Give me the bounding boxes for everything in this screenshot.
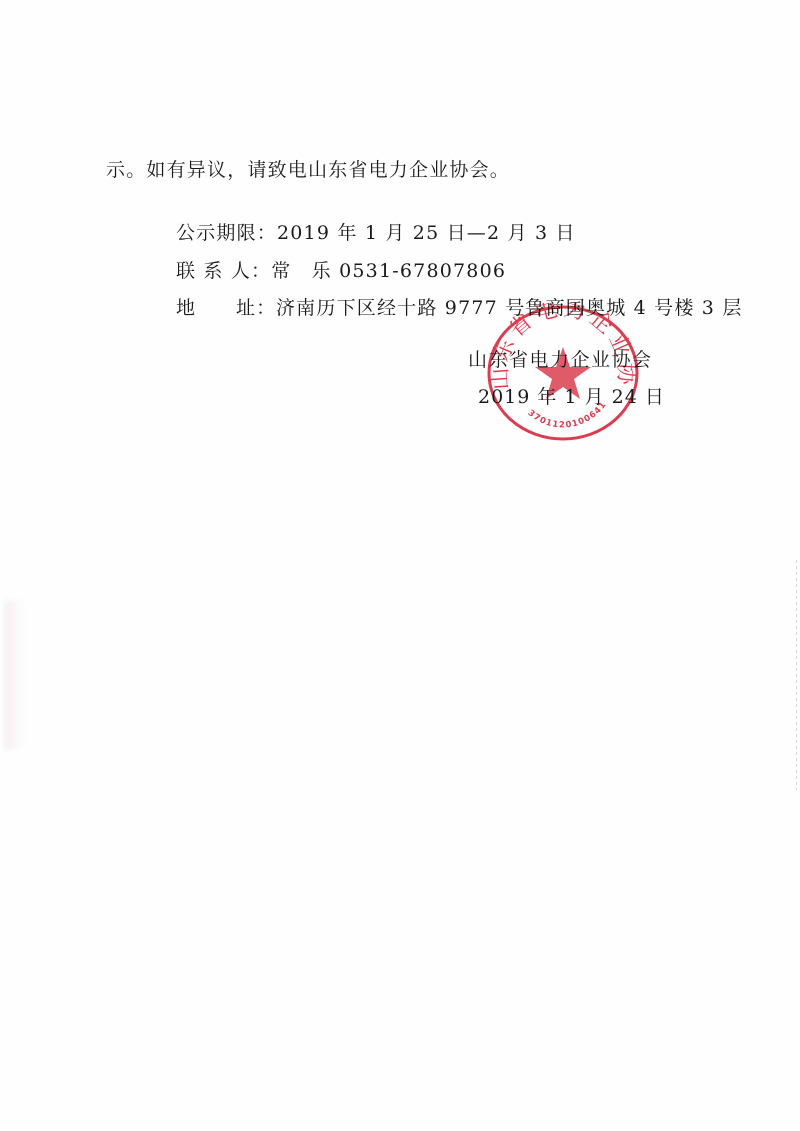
- address-line: 地址：济南历下区经十路 9777 号鲁商国奥城 4 号楼 3 层: [147, 272, 743, 344]
- scan-artifact-left: [4, 600, 26, 750]
- address-label-first: 地: [176, 296, 236, 320]
- scan-artifact-right: [796, 560, 797, 790]
- signature-organization: 山东省电力企业协会: [468, 348, 653, 372]
- document-page: 示。如有异议，请致电山东省电力企业协会。 公示期限：2019 年 1 月 25 …: [0, 0, 800, 1131]
- address-label: 地址：: [176, 296, 276, 320]
- signature-date: 2019 年 1 月 24 日: [478, 385, 665, 409]
- official-seal-stamp: 山东省电力企业协会 3701120100641: [483, 303, 643, 443]
- address-label-second: 址：: [236, 297, 276, 319]
- paragraph-tail: 示。如有异议，请致电山东省电力企业协会。: [106, 158, 510, 182]
